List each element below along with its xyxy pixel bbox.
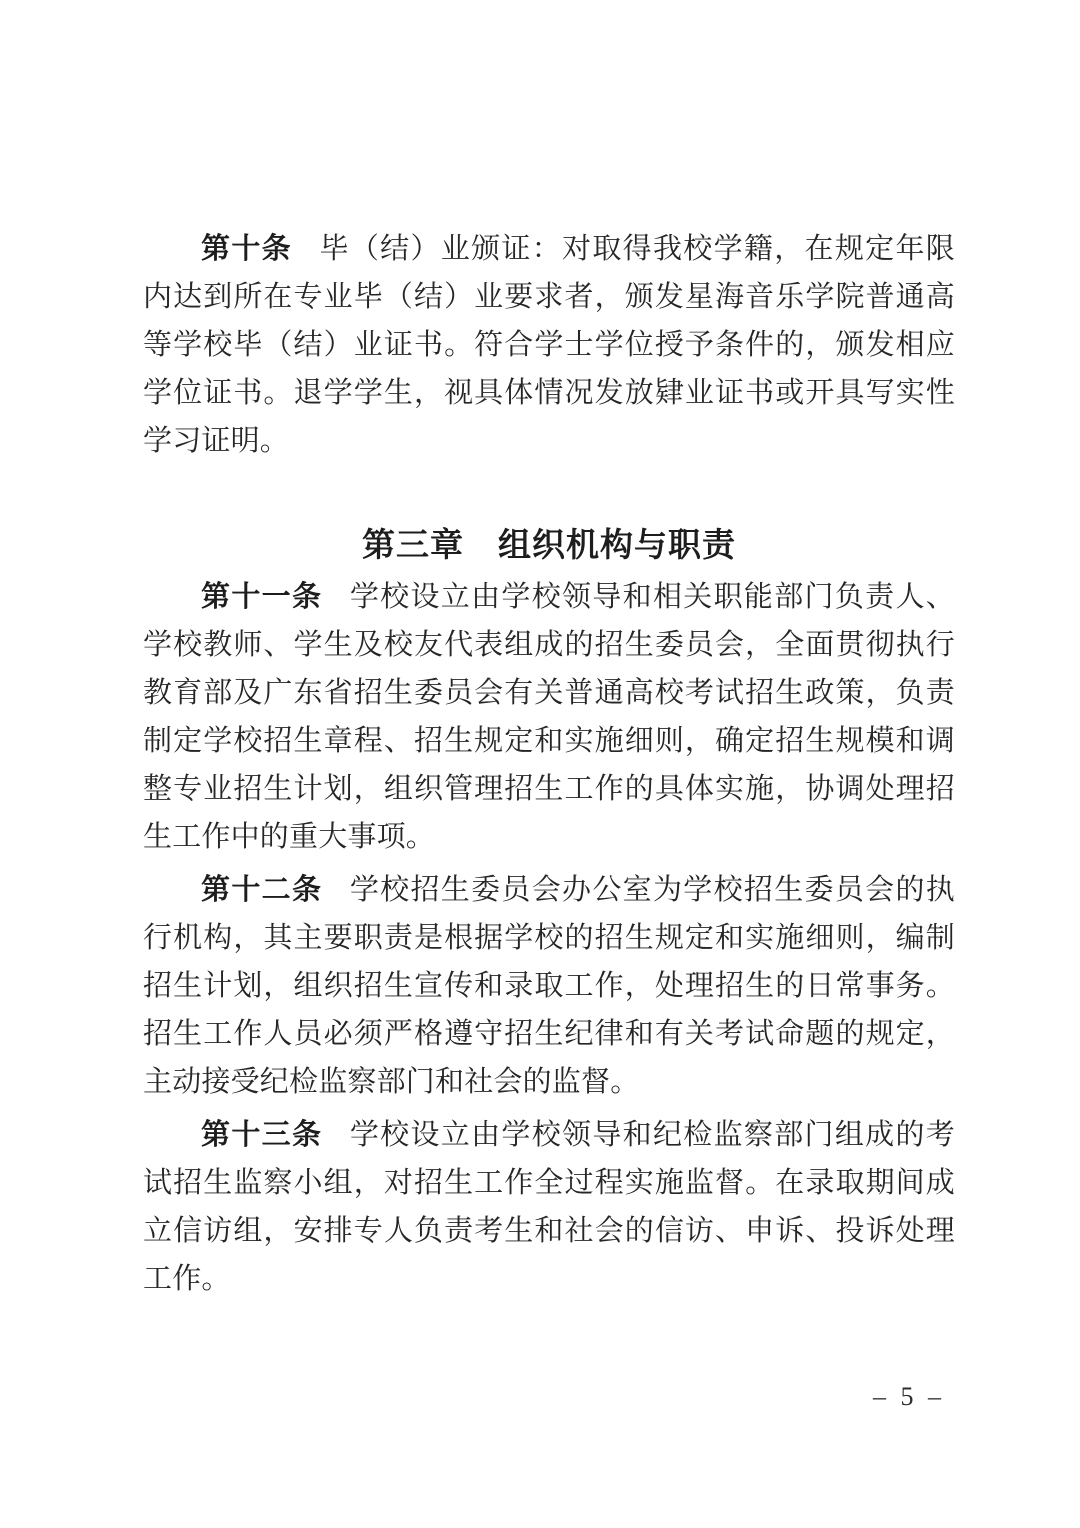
chapter-3-heading: 第三章 组织机构与职责 bbox=[143, 517, 955, 573]
article-12-paragraph: 第十二条学校招生委员会办公室为学校招生委员会的执行机构，其主要职责是根据学校的招… bbox=[143, 866, 955, 1106]
article-11-paragraph: 第十一条学校设立由学校领导和相关职能部门负责人、学校教师、学生及校友代表组成的招… bbox=[143, 573, 955, 861]
article-13-paragraph: 第十三条学校设立由学校领导和纪检监察部门组成的考试招生监察小组，对招生工作全过程… bbox=[143, 1111, 955, 1303]
document-page: 第十条毕（结）业颁证：对取得我校学籍，在规定年限内达到所在专业毕（结）业要求者，… bbox=[0, 0, 1080, 1528]
document-content: 第十条毕（结）业颁证：对取得我校学籍，在规定年限内达到所在专业毕（结）业要求者，… bbox=[143, 225, 955, 1303]
article-11-text: 学校设立由学校领导和相关职能部门负责人、学校教师、学生及校友代表组成的招生委员会… bbox=[143, 581, 955, 853]
article-10-number: 第十条 bbox=[201, 233, 292, 265]
article-10-paragraph: 第十条毕（结）业颁证：对取得我校学籍，在规定年限内达到所在专业毕（结）业要求者，… bbox=[143, 225, 955, 465]
article-12-number: 第十二条 bbox=[201, 874, 322, 906]
article-10-text: 毕（结）业颁证：对取得我校学籍，在规定年限内达到所在专业毕（结）业要求者，颁发星… bbox=[143, 233, 955, 457]
page-number: – 5 – bbox=[873, 1382, 945, 1412]
article-13-number: 第十三条 bbox=[201, 1119, 322, 1151]
article-12-text: 学校招生委员会办公室为学校招生委员会的执行机构，其主要职责是根据学校的招生规定和… bbox=[143, 874, 955, 1098]
article-11-number: 第十一条 bbox=[201, 581, 322, 613]
